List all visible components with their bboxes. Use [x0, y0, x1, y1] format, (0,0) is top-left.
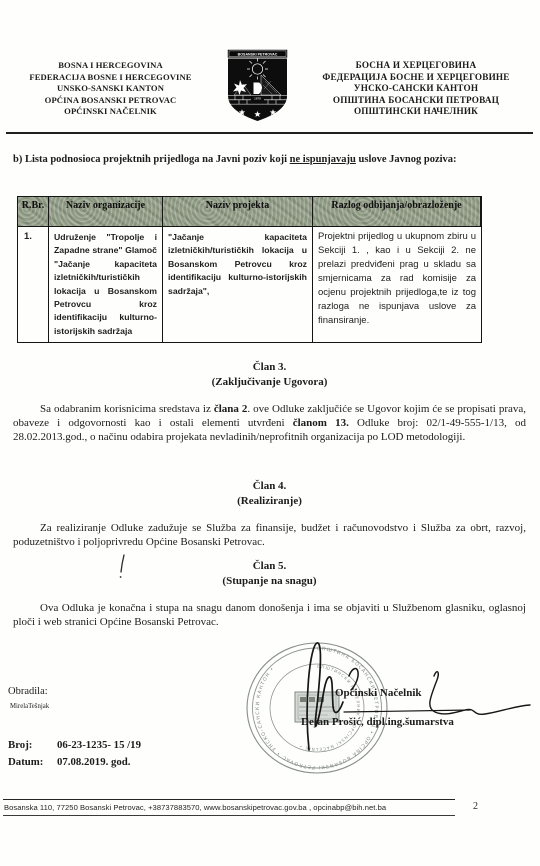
official-stamp-and-signature: ОПШТИНА БОСАНСКИ ПЕТРОВАЦ • OPĆINA BOSAN…	[238, 616, 540, 806]
scanned-document-page: BOSNA I HERCEGOVINA FEDERACIJA BOSNE I H…	[0, 0, 540, 866]
header-line: ОПШТИНСКИ НАЧЕЛНИК	[299, 106, 533, 118]
broj-row: Broj:06-23-1235- 15 /19	[8, 739, 141, 751]
header-divider	[6, 132, 533, 134]
header-line: BOSNA I HERCEGOVINA	[18, 60, 203, 72]
cell-projekat: "Jačanje kapaciteta izletničkih/turistič…	[163, 227, 313, 342]
intro-underlined-text: ne ispunjavaju	[290, 154, 356, 165]
article-title: Član 3.	[13, 360, 526, 375]
handwritten-tick-mark	[108, 550, 134, 584]
cell-razlog: Projektni prijedlog u ukupnom zbiru u Se…	[313, 227, 481, 342]
datum-label: Datum:	[8, 756, 57, 768]
intro-text: b) Lista podnosioca projektnih prijedlog…	[13, 154, 290, 165]
article-body: Za realiziranje Odluke zadužuje se Služb…	[13, 521, 526, 549]
broj-value: 06-23-1235- 15 /19	[57, 739, 141, 751]
list-b-heading: b) Lista podnosioca projektnih prijedlog…	[13, 153, 465, 167]
article-title: Član 4.	[13, 479, 526, 494]
header-line: ФЕДЕРАЦИЈА БОСНЕ И ХЕРЦЕГОВИНЕ	[299, 72, 533, 84]
article-clan-4: Član 4. (Realiziranje) Za realiziranje O…	[13, 479, 526, 549]
header-line: БОСНА И ХЕРЦЕГОВИНА	[299, 60, 533, 72]
header-line: ОПШТИНА БОСАНСКИ ПЕТРОВАЦ	[299, 95, 533, 107]
column-header-rbr: R.Br.	[18, 197, 49, 227]
column-header-razlog: Razlog odbijanja/obrazloženje	[313, 197, 481, 227]
crest-year: 1878	[254, 97, 261, 101]
footer-address-bar: Bosanska 110, 77250 Bosanski Petrovac, +…	[3, 799, 455, 816]
article-subtitle: (Stupanje na snagu)	[13, 574, 526, 589]
article-subtitle: (Realiziranje)	[13, 494, 526, 509]
header-line: UNSKO-SANSKI KANTON	[18, 83, 203, 95]
article-title: Član 5.	[13, 559, 526, 574]
header-right-block: БОСНА И ХЕРЦЕГОВИНА ФЕДЕРАЦИЈА БОСНЕ И Х…	[299, 60, 533, 118]
coat-of-arms-icon: BOSANSKI PETROVAC 1878	[227, 49, 288, 123]
article-clan-3: Član 3. (Zaključivanje Ugovora) Sa odabr…	[13, 360, 526, 445]
body-bold-text: člana 2	[214, 403, 248, 415]
cell-rbr: 1.	[18, 227, 49, 342]
official-name: Dejan Prošić, dipl.ing.šumarstva	[301, 716, 454, 728]
intro-text: uslove Javnog poziva:	[356, 154, 457, 165]
header-line: УНСКО-САНСКИ КАНТОН	[299, 83, 533, 95]
header-line: OPĆINA BOSANSKI PETROVAC	[18, 95, 203, 107]
header-left-block: BOSNA I HERCEGOVINA FEDERACIJA BOSNE I H…	[18, 60, 203, 118]
datum-row: Datum:07.08.2019. god.	[8, 756, 131, 768]
page-number: 2	[473, 801, 478, 812]
cell-organizacija: Udruženje "Tropolje i Zapadne strane" Gl…	[49, 227, 163, 342]
crest-banner: BOSANSKI PETROVAC	[238, 52, 278, 56]
header-line: FEDERACIJA BOSNE I HERCEGOVINE	[18, 72, 203, 84]
column-header-projekat: Naziv projekta	[163, 197, 313, 227]
body-bold-text: članom 13.	[293, 417, 349, 429]
article-body: Sa odabranim korisnicima sredstava iz čl…	[13, 402, 526, 445]
article-subtitle: (Zaključivanje Ugovora)	[13, 375, 526, 390]
obradila-name: MirelaTešnjak	[10, 703, 49, 710]
datum-value: 07.08.2019. god.	[57, 756, 131, 768]
obradila-label: Obradila:	[8, 686, 48, 697]
footer-address: Bosanska 110, 77250 Bosanski Petrovac, +…	[4, 803, 386, 812]
broj-label: Broj:	[8, 739, 57, 751]
body-text: Sa odabranim korisnicima sredstava iz	[40, 403, 214, 415]
header-line: OPĆINSKI NAČELNIK	[18, 106, 203, 118]
projects-table: R.Br. Naziv organizacije Naziv projekta …	[17, 196, 482, 343]
column-header-organizacija: Naziv organizacije	[49, 197, 163, 227]
official-title: Općinski Načelnik	[335, 687, 422, 699]
